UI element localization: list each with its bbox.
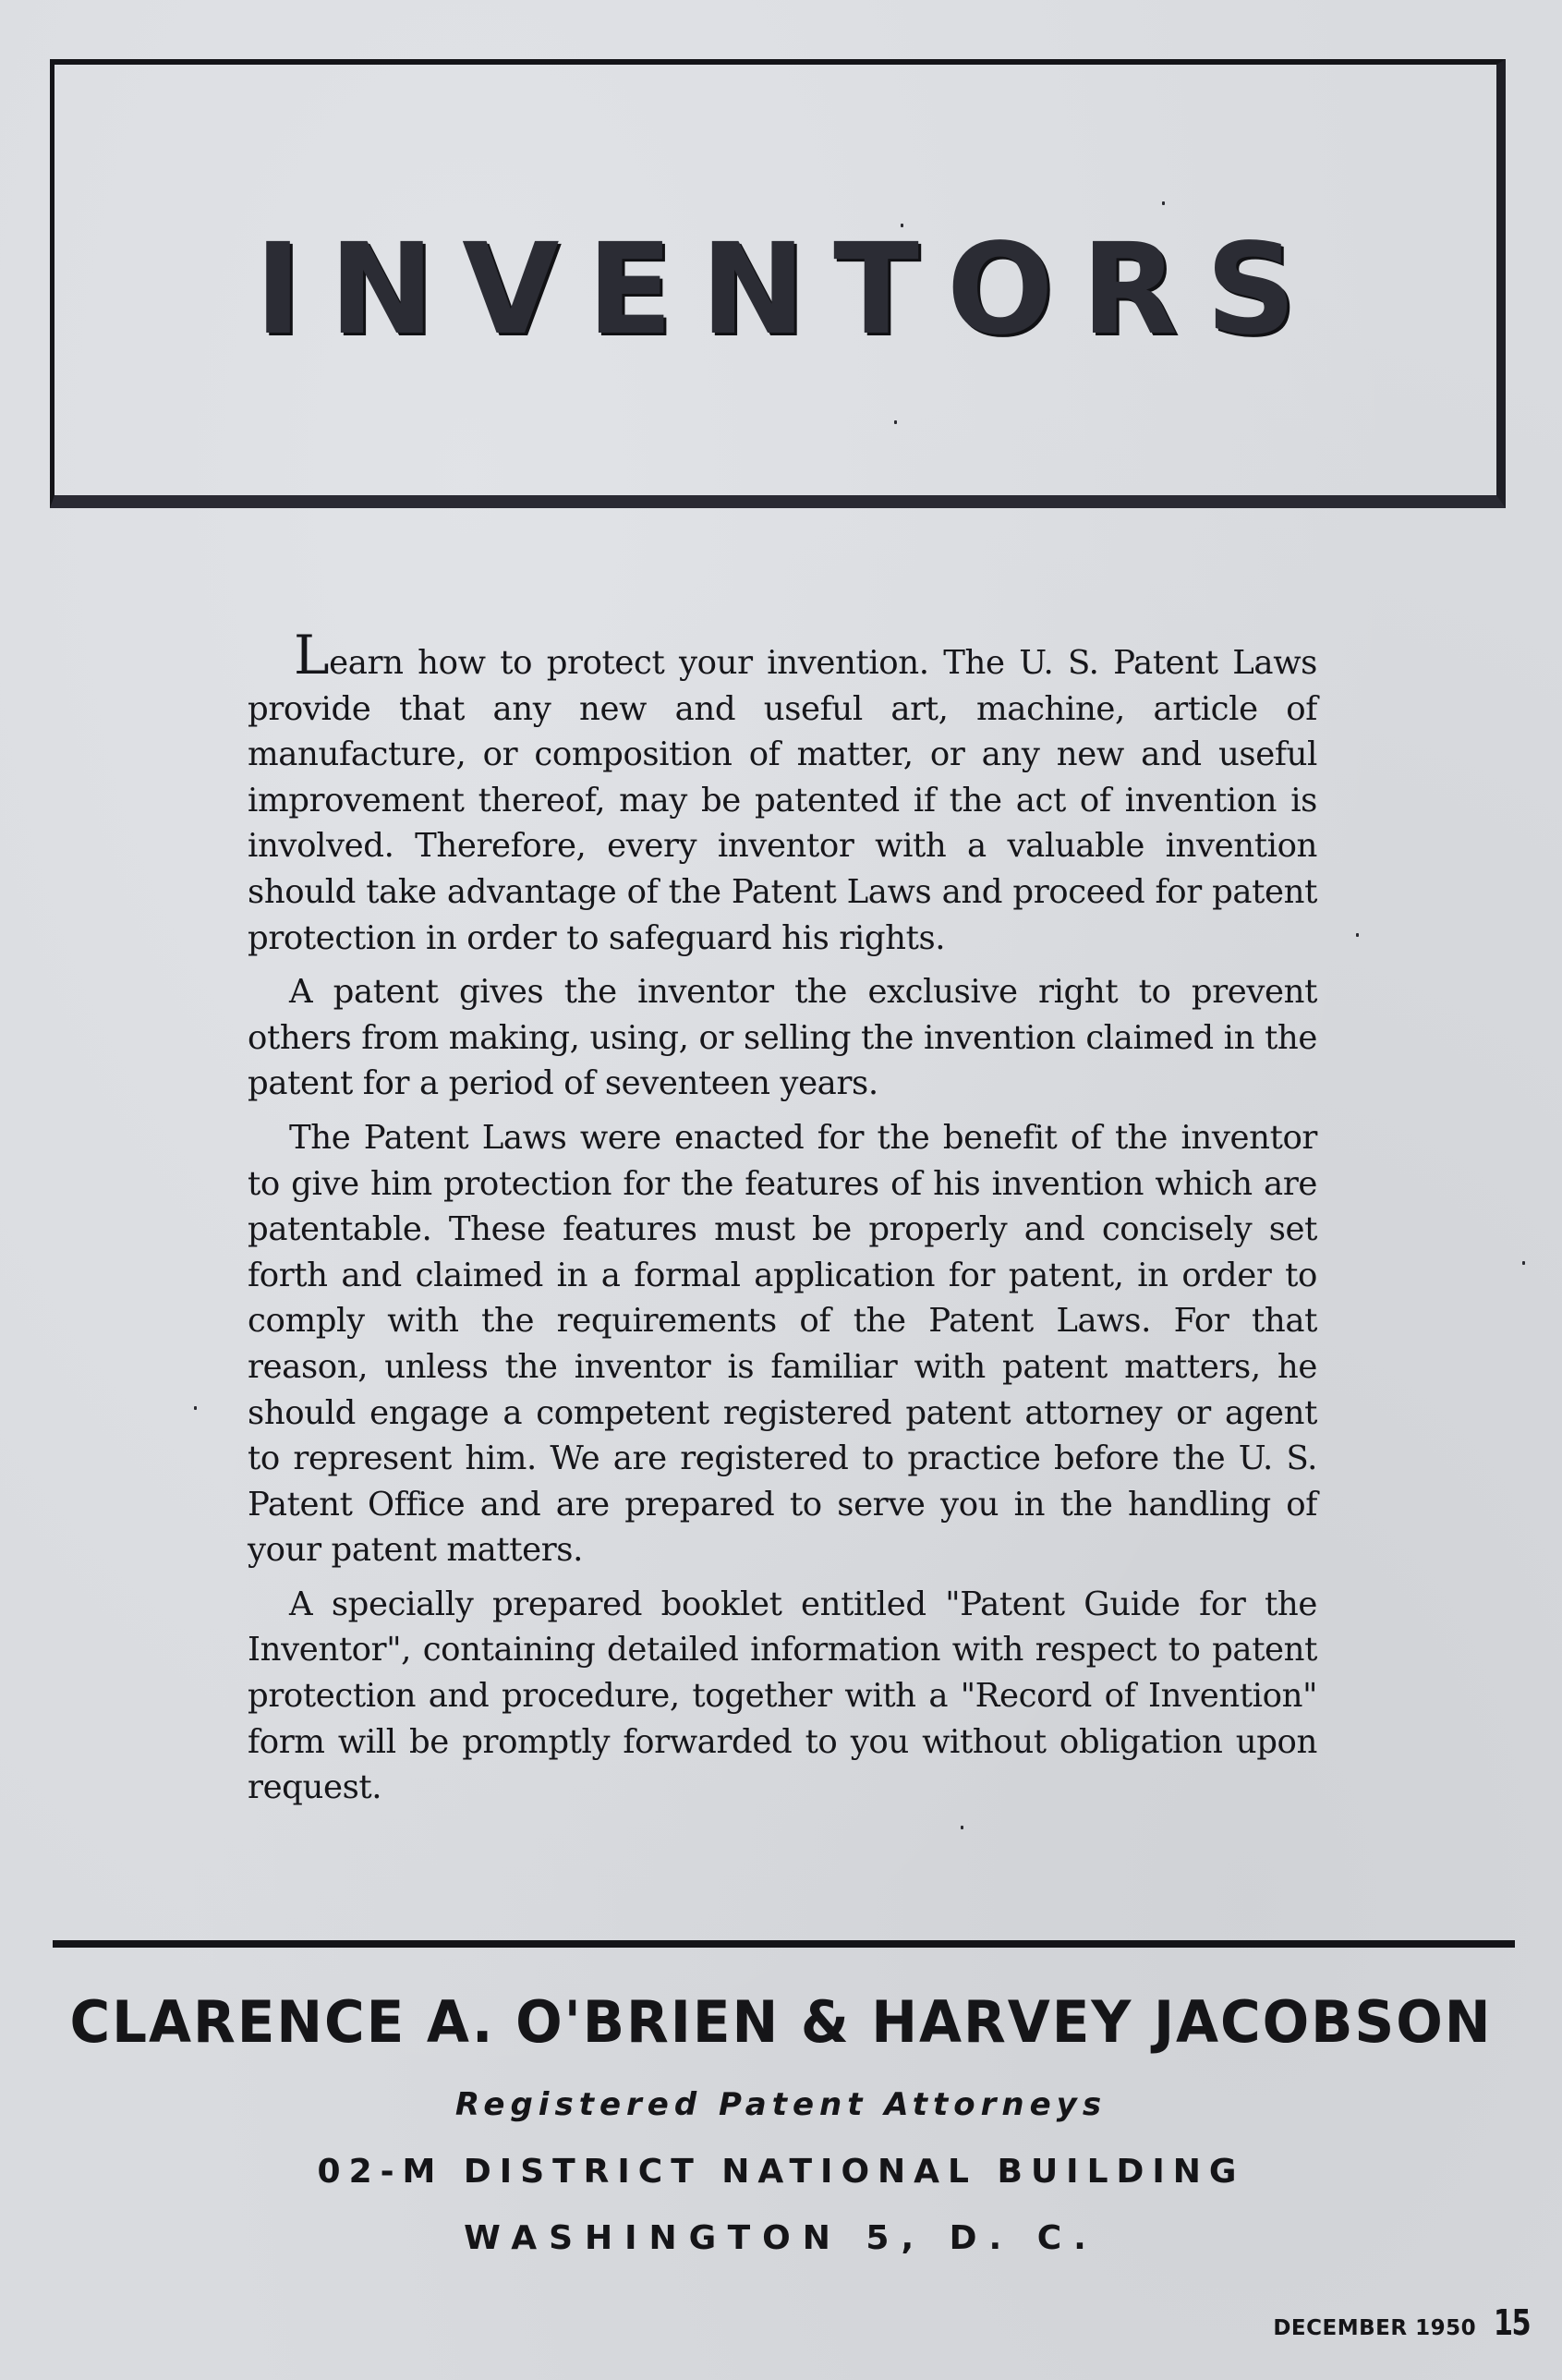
page-number: 15 bbox=[1494, 2302, 1530, 2343]
print-speck bbox=[894, 420, 897, 424]
firm-name: CLARENCE A. O'BRIEN & HARVEY JACOBSON bbox=[31, 1994, 1531, 2051]
print-speck bbox=[961, 1826, 963, 1829]
firm-subtitle: Registered Patent Attorneys bbox=[0, 2086, 1562, 2123]
print-speck bbox=[1162, 201, 1165, 205]
paragraph-booklet: A specially prepared booklet entitled "P… bbox=[248, 1582, 1317, 1811]
divider-rule bbox=[53, 1940, 1515, 1948]
page-footer: DECEMBER 1950 15 bbox=[1273, 2302, 1534, 2343]
print-speck bbox=[194, 1406, 197, 1410]
print-speck bbox=[901, 224, 903, 227]
title-box: INVENTORS bbox=[50, 59, 1506, 508]
dropcap: L bbox=[294, 624, 329, 686]
paragraph-intro-text: earn how to protect your invention. The … bbox=[248, 644, 1317, 957]
firm-address: 02-M DISTRICT NATIONAL BUILDING bbox=[0, 2153, 1562, 2191]
print-speck bbox=[1522, 1261, 1525, 1265]
paragraph-exclusive-right: A patent gives the inventor the exclusiv… bbox=[248, 969, 1317, 1107]
paragraph-patent-laws: The Patent Laws were enacted for the ben… bbox=[248, 1115, 1317, 1573]
paragraph-intro: Learn how to protect your invention. The… bbox=[248, 628, 1317, 961]
page-title: INVENTORS bbox=[54, 227, 1496, 353]
issue-date: DECEMBER 1950 bbox=[1273, 2316, 1476, 2340]
firm-city: WASHINGTON 5, D. C. bbox=[0, 2219, 1562, 2257]
article-body: Learn how to protect your invention. The… bbox=[248, 628, 1317, 1819]
print-speck bbox=[1356, 933, 1359, 937]
